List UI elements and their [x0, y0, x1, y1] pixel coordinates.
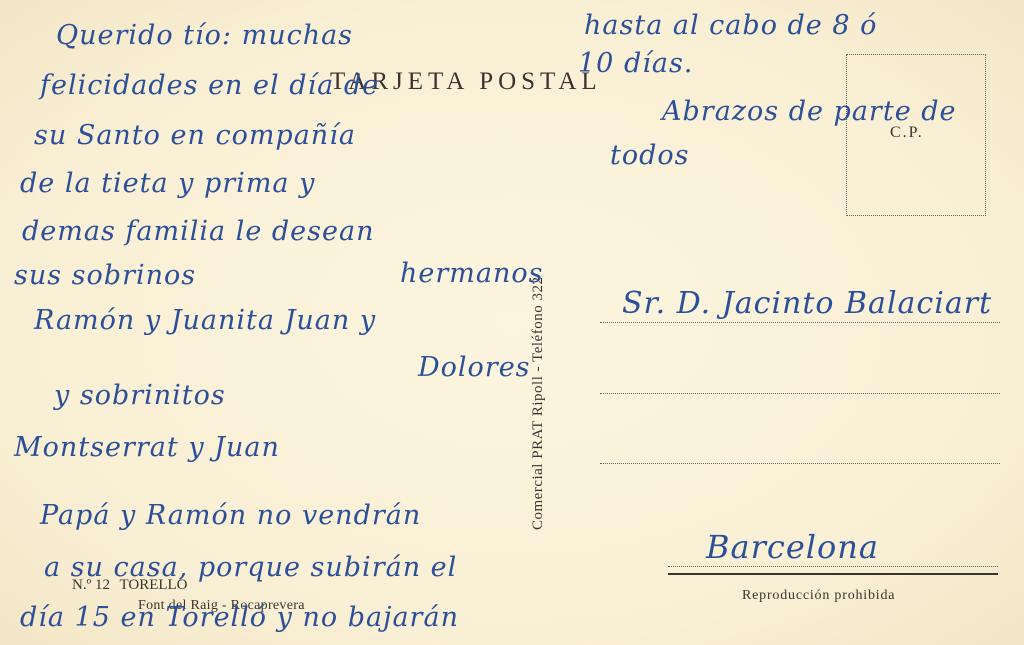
- message-line: felicidades en el día de: [40, 70, 379, 101]
- message-line: de la tieta y prima y: [20, 168, 315, 199]
- message-line: y sobrinitos: [54, 380, 226, 411]
- message-line: Papá y Ramón no vendrán: [40, 500, 421, 531]
- message-line: a su casa, porque subirán el: [44, 552, 457, 583]
- continuation-line: todos: [610, 140, 690, 171]
- recipient-name: Sr. D. Jacinto Balaciart: [622, 286, 992, 321]
- message-line: sus sobrinos: [14, 260, 196, 291]
- address-line-3: [600, 463, 1000, 464]
- continuation-line: Abrazos de parte de: [662, 96, 957, 127]
- continuation-line: 10 días.: [578, 48, 693, 79]
- publisher-imprint: Comercial PRAT Ripoll - Teléfono 322: [530, 277, 547, 530]
- address-rule: [668, 573, 998, 575]
- message-line: su Santo en compañía: [34, 120, 356, 151]
- address-line-1: [600, 322, 1000, 323]
- message-line: hermanos: [400, 258, 543, 289]
- postcard-back: TARJETA POSTAL C.P. Comercial PRAT Ripol…: [0, 0, 1024, 645]
- message-line: día 15 en Torelló y no bajarán: [20, 602, 459, 633]
- reproduction-notice: Reproducción prohibida: [742, 588, 895, 604]
- address-line-2: [600, 393, 1000, 394]
- message-line: Querido tío: muchas: [56, 20, 353, 51]
- message-line: Ramón y Juanita Juan y: [34, 305, 376, 336]
- address-line-4: [668, 566, 998, 567]
- message-line: demas familia le desean: [22, 216, 374, 247]
- continuation-line: hasta al cabo de 8 ó: [584, 10, 877, 41]
- recipient-city: Barcelona: [706, 528, 879, 566]
- message-line: Montserrat y Juan: [14, 432, 280, 463]
- message-line: Dolores: [418, 352, 531, 383]
